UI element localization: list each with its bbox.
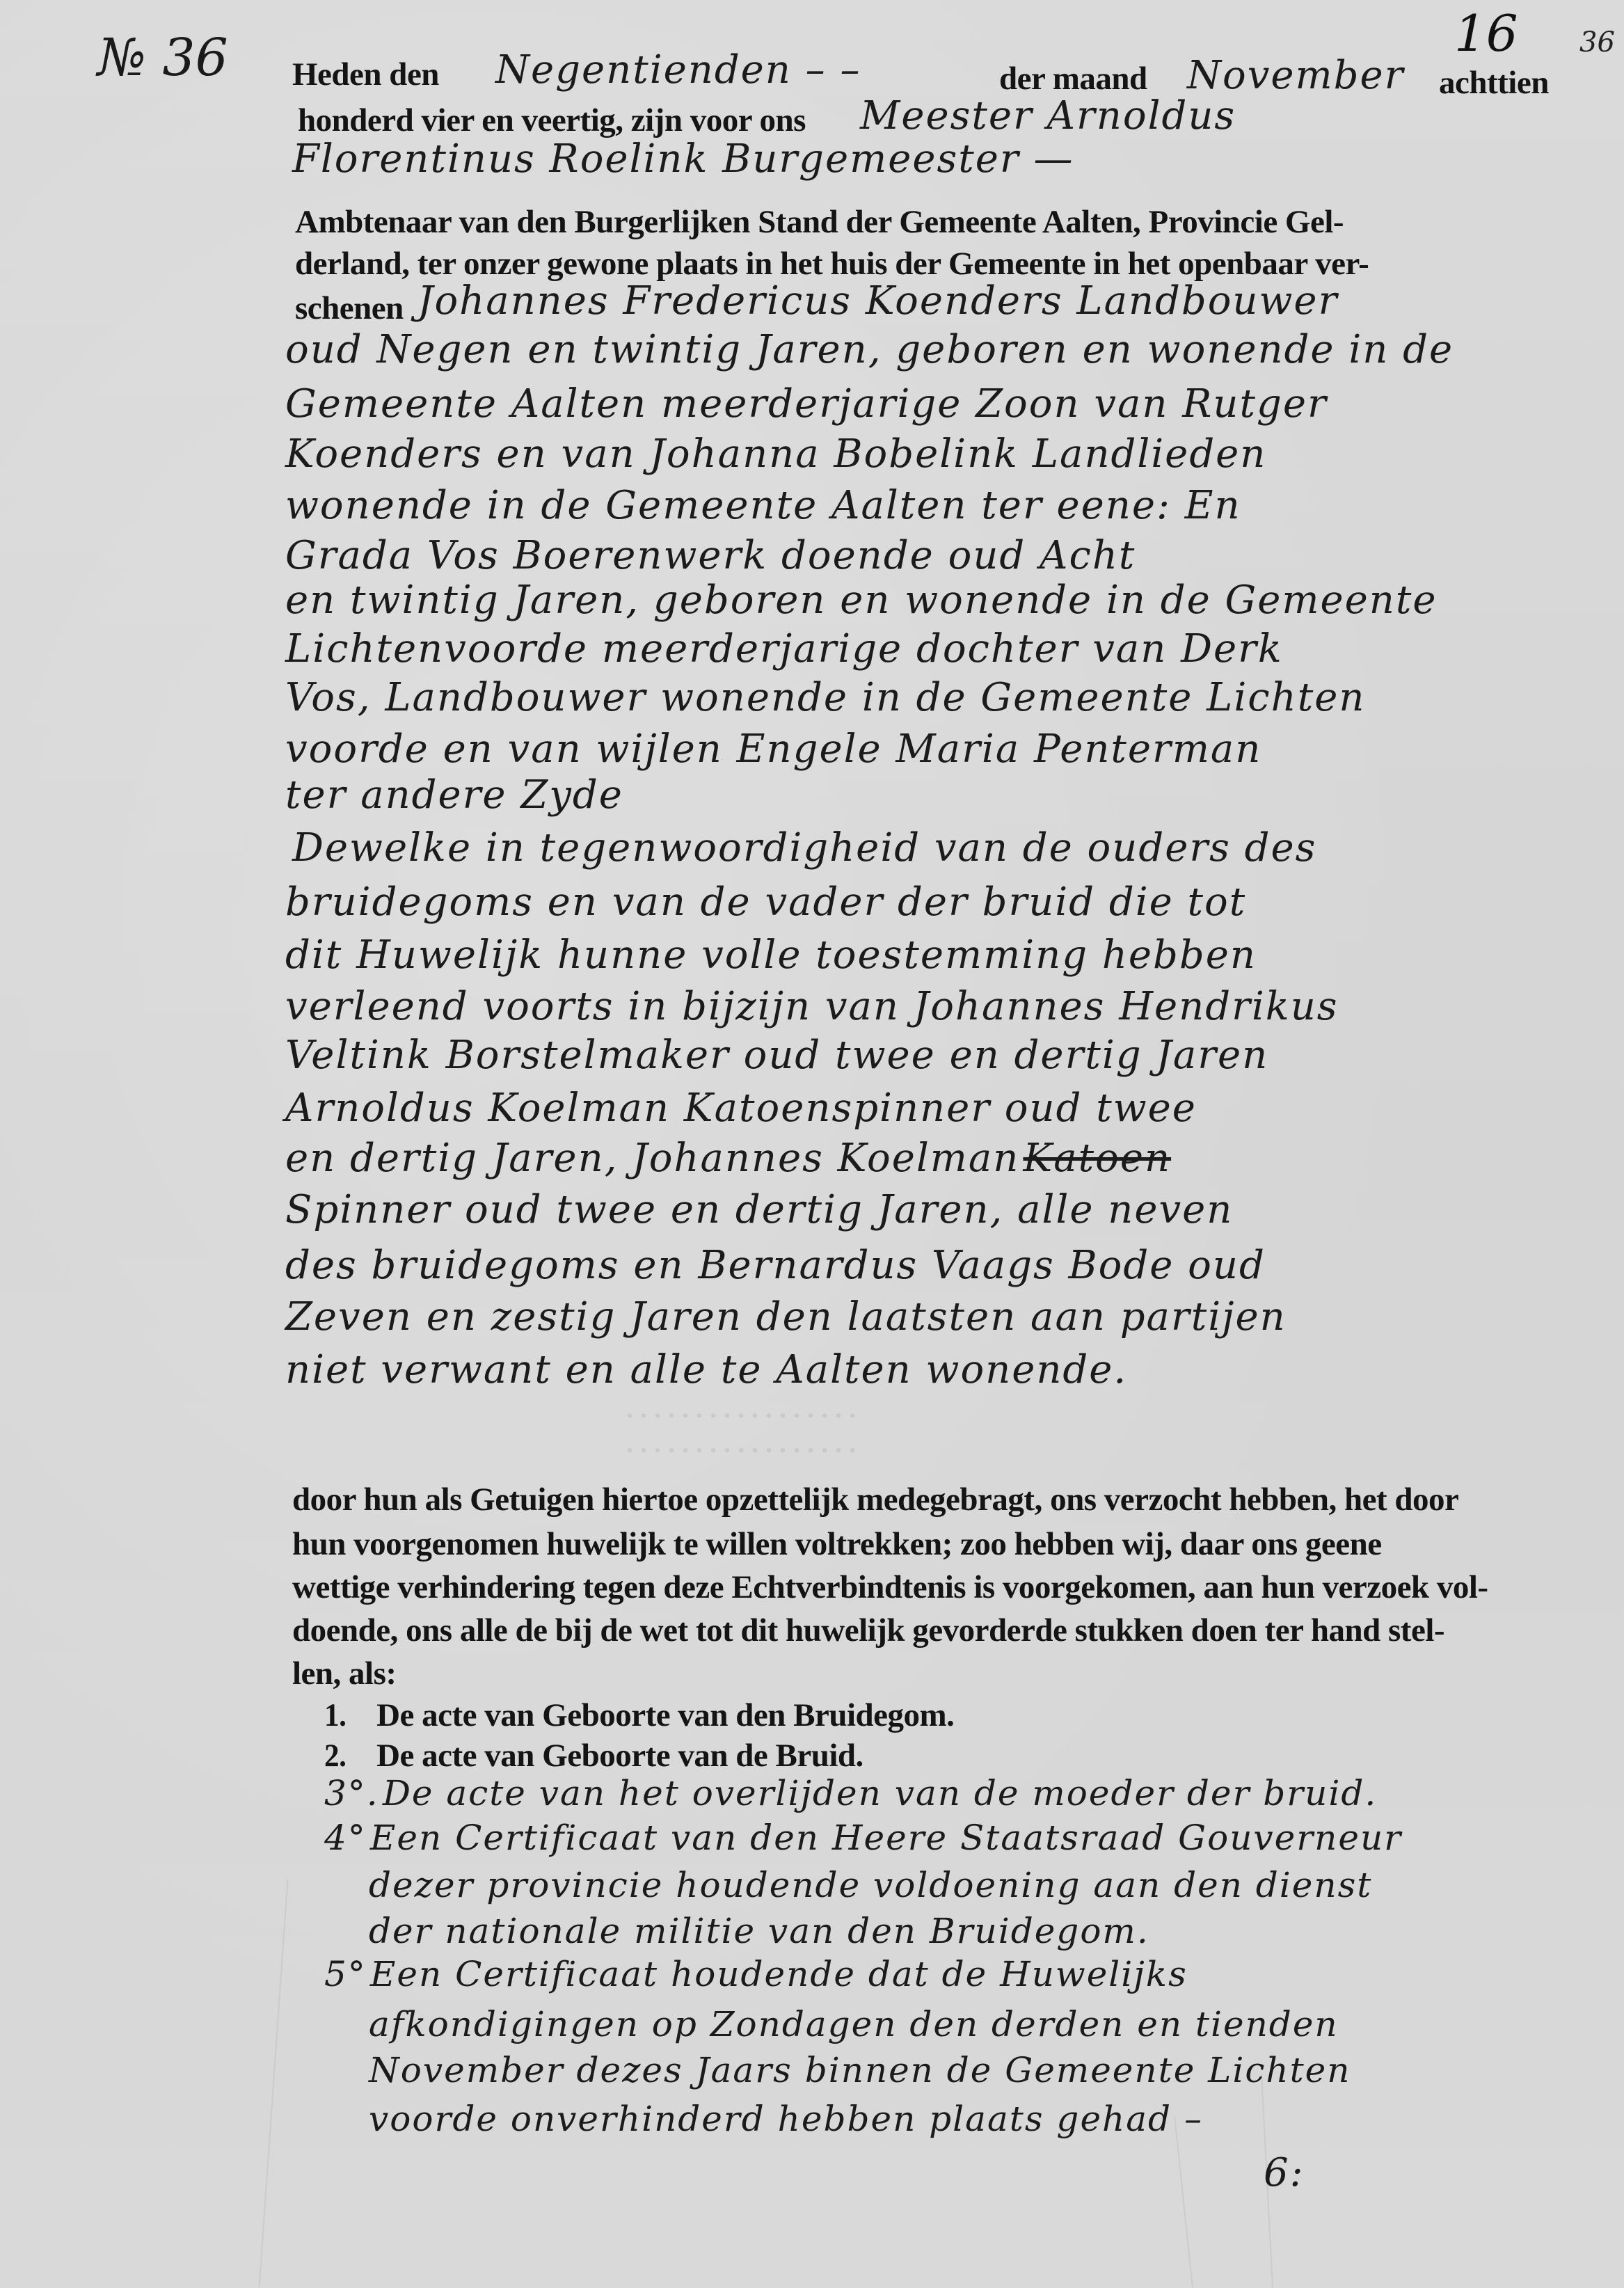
text-line: hun voorgenomen huwelijk te willen voltr… [292,1525,1382,1563]
handwritten-text: bruidegoms en van de vader der bruid die… [285,880,1246,925]
handwritten-text: Arnoldus Koelman Katoenspinner oud twee [285,1086,1197,1131]
list-text: afkondigingen op Zondagen den derden en … [369,2004,1339,2044]
text-line: Zeven en zestig Jaren den laatsten aan p… [285,1294,1287,1340]
document-list-item: afkondigingen op Zondagen den derden en … [369,2004,1339,2044]
handwritten-text: Vos, Landbouwer wonende in de Gemeente L… [285,675,1365,720]
handwritten-text: Meester Arnoldus [860,93,1236,138]
bleed-through-text: . . . . . . . . . . . . . . . . . [626,1427,856,1459]
printed-text: wettige verhindering tegen deze Echtverb… [292,1569,1488,1605]
text-line: en dertig Jaren, Johannes Koelman Katoen [285,1136,1171,1181]
document-list-item: 2. De acte van Geboorte van de Bruid. [324,1737,863,1774]
list-number: 2. [324,1737,369,1774]
text-line: derland, ter onzer gewone plaats in het … [295,245,1369,283]
record-number: № 36 [97,28,228,88]
text-line: November [1187,53,1404,98]
text-line: Meester Arnoldus [860,93,1236,138]
list-number: 5° [324,1954,367,1994]
document-list-item: November dezes Jaars binnen de Gemeente … [369,2050,1351,2090]
text-line: Arnoldus Koelman Katoenspinner oud twee [285,1086,1197,1131]
printed-text: len, als: [292,1655,397,1692]
bleed-through-text: . . . . . . . . . . . . . . . . . [626,1392,856,1424]
text-line: Veltink Borstelmaker oud twee en dertig … [285,1033,1268,1078]
text-line: Gemeente Aalten meerderjarige Zoon van R… [285,381,1328,427]
page-number-large: 16 [1454,4,1518,63]
printed-text: door hun als Getuigen hiertoe opzettelij… [292,1481,1458,1518]
list-text: voorde onverhinderd hebben plaats gehad … [369,2099,1203,2139]
text-line: schenen [295,289,404,327]
printed-text: Ambtenaar van den Burgerlijken Stand der… [295,204,1344,240]
printed-text: der maand [999,61,1147,97]
list-text: der nationale militie van den Bruidegom. [369,1911,1149,1951]
text-line: voorde en van wijlen Engele Maria Penter… [285,726,1261,772]
text-line: bruidegoms en van de vader der bruid die… [285,880,1246,925]
text-line: ter andere Zyde [285,772,623,818]
text-line: Spinner oud twee en dertig Jaren, alle n… [285,1187,1233,1232]
paper-crease [1174,2116,1193,2288]
handwritten-text: Dewelke in tegenwoordigheid van de ouder… [292,825,1316,871]
text-line: Koenders en van Johanna Bobelink Landlie… [285,431,1266,477]
text-line: honderd vier en veertig, zijn voor ons [298,102,806,139]
handwritten-text: Grada Vos Boerenwerk doende oud Acht [285,533,1136,578]
handwritten-text: Johannes Fredericus Koenders Landbouwer [417,278,1338,324]
printed-text: derland, ter onzer gewone plaats in het … [295,246,1369,282]
handwritten-text: ter andere Zyde [285,772,623,818]
printed-text: schenen [295,290,404,326]
handwritten-text: Spinner oud twee en dertig Jaren, alle n… [285,1187,1233,1232]
handwritten-text: Lichtenvoorde meerderjarige dochter van … [285,626,1283,672]
text-line: Lichtenvoorde meerderjarige dochter van … [285,626,1283,672]
text-line: dit Huwelijk hunne volle toestemming heb… [285,932,1257,978]
list-text: Een Certificaat van den Heere Staatsraad… [370,1818,1402,1858]
text-line: en twintig Jaren, geboren en wonende in … [285,578,1437,623]
text-line: Heden den [292,56,439,93]
text-line: Dewelke in tegenwoordigheid van de ouder… [292,825,1316,871]
handwritten-text: voorde en van wijlen Engele Maria Penter… [285,726,1261,772]
list-text: De acte van Geboorte van den Bruidegom. [376,1697,954,1733]
list-number: 1. [324,1697,369,1734]
text-line: Negentienden – – [495,47,861,93]
handwritten-text: niet verwant en alle te Aalten wonende. [285,1347,1127,1392]
printed-text: Heden den [292,56,439,93]
text-line: achttien [1439,64,1549,102]
text-line: doende, ons alle de bij de wet tot dit h… [292,1612,1444,1649]
handwritten-text: Zeven en zestig Jaren den laatsten aan p… [285,1294,1287,1340]
list-text: November dezes Jaars binnen de Gemeente … [369,2050,1351,2090]
document-page: № 36 16 36 Heden den Negentienden – – de… [0,0,1624,2288]
handwritten-text: verleend voorts in bijzijn van Johannes … [285,984,1339,1029]
document-list-item: dezer provincie houdende voldoening aan … [369,1865,1372,1905]
document-list-item: 5° Een Certificaat houdende dat de Huwel… [324,1954,1188,1994]
handwritten-text: wonende in de Gemeente Aalten ter eene: … [285,483,1241,528]
printed-text: honderd vier en veertig, zijn voor ons [298,102,806,138]
list-text: Een Certificaat houdende dat de Huwelijk… [370,1954,1188,1994]
text-line: der maand [999,60,1147,97]
list-text: De acte van het overlijden van de moeder… [383,1773,1377,1813]
text-line: len, als: [292,1655,397,1692]
handwritten-text: des bruidegoms en Bernardus Vaags Bode o… [285,1243,1266,1288]
text-line: des bruidegoms en Bernardus Vaags Bode o… [285,1243,1266,1288]
handwritten-text: dit Huwelijk hunne volle toestemming heb… [285,932,1257,978]
handwritten-text: oud Negen en twintig Jaren, geboren en w… [285,327,1454,372]
continuation-mark: 6: [1264,2150,1305,2195]
list-text: De acte van Geboorte van de Bruid. [376,1738,863,1774]
document-list-item: 1. De acte van Geboorte van den Bruidego… [324,1697,954,1734]
list-text: dezer provincie houdende voldoening aan … [369,1865,1372,1905]
list-number: 3°. [324,1773,379,1813]
handwritten-text: Negentienden – – [495,47,861,93]
text-line: Vos, Landbouwer wonende in de Gemeente L… [285,675,1365,720]
printed-text: hun voorgenomen huwelijk te willen voltr… [292,1526,1382,1562]
document-list-item: voorde onverhinderd hebben plaats gehad … [369,2099,1203,2139]
struck-through-text: Katoen [1023,1136,1171,1181]
handwritten-text: en dertig Jaren, Johannes Koelman [285,1136,1019,1181]
handwritten-text: November [1187,53,1404,98]
text-line: Ambtenaar van den Burgerlijken Stand der… [295,203,1344,241]
text-line: Grada Vos Boerenwerk doende oud Acht [285,533,1136,578]
text-line: Johannes Fredericus Koenders Landbouwer [417,278,1338,324]
text-line: niet verwant en alle te Aalten wonende. [285,1347,1127,1392]
printed-text: doende, ons alle de bij de wet tot dit h… [292,1612,1444,1649]
list-number: 4° [324,1818,367,1858]
handwritten-text: Koenders en van Johanna Bobelink Landlie… [285,431,1266,477]
handwritten-text: Veltink Borstelmaker oud twee en dertig … [285,1033,1268,1078]
document-list-item: 4° Een Certificaat van den Heere Staatsr… [324,1818,1402,1858]
text-line: wonende in de Gemeente Aalten ter eene: … [285,483,1241,528]
text-line: oud Negen en twintig Jaren, geboren en w… [285,327,1454,372]
handwritten-text: en twintig Jaren, geboren en wonende in … [285,578,1437,623]
handwritten-text: Gemeente Aalten meerderjarige Zoon van R… [285,381,1328,427]
paper-crease [258,1880,288,2288]
document-list-item: der nationale militie van den Bruidegom. [369,1911,1149,1951]
printed-text: achttien [1439,65,1549,101]
page-number-small: 36 [1579,26,1615,58]
handwritten-text: Florentinus Roelink Burgemeester — [292,136,1074,182]
text-line: Florentinus Roelink Burgemeester — [292,136,1074,182]
document-list-item: 3°. De acte van het overlijden van de mo… [324,1773,1377,1813]
text-line: door hun als Getuigen hiertoe opzettelij… [292,1481,1458,1518]
text-line: wettige verhindering tegen deze Echtverb… [292,1568,1488,1606]
text-line: verleend voorts in bijzijn van Johannes … [285,984,1339,1029]
